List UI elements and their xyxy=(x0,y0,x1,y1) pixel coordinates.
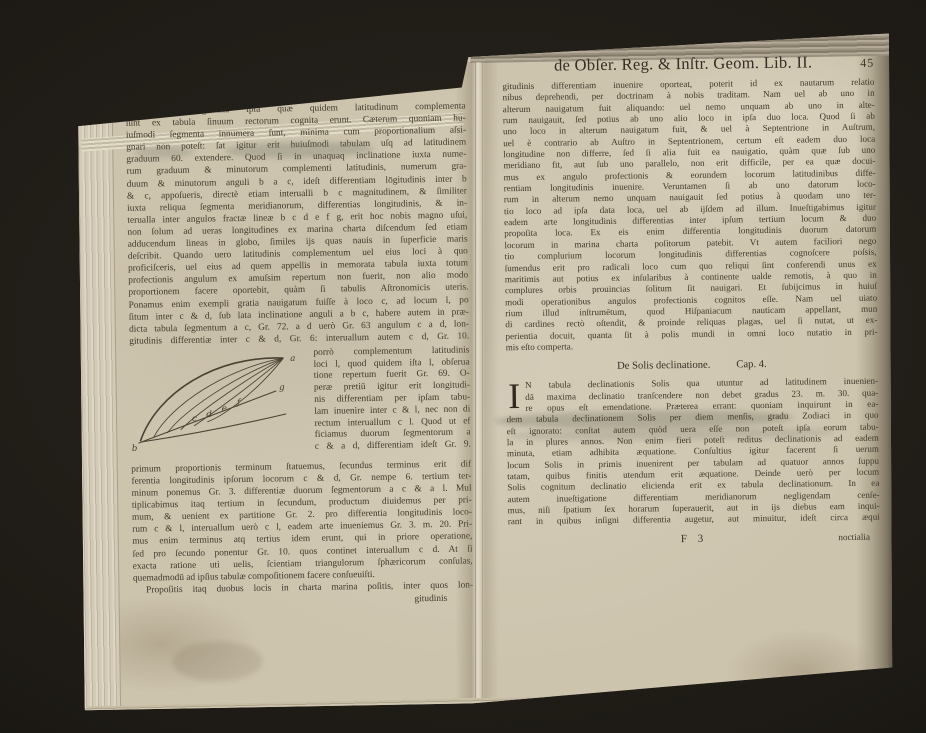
rhumb-lines-figure: a b c d e f g xyxy=(129,348,309,462)
figure-label-f: f xyxy=(236,398,242,408)
right-running-title: de Obſer. Reg. & Inſtr. Geom. Lib. II. xyxy=(512,52,854,76)
book-gutter xyxy=(455,62,499,698)
stain-smudge xyxy=(172,641,263,682)
figure-label-e: e xyxy=(222,404,227,414)
left-body-beside-figure: porrò complementum latitudinisloci l, qu… xyxy=(313,345,471,458)
figure-row: a b c d e f g porrò complementum latitud… xyxy=(129,345,471,461)
rhumb-lines-diagram: a b c d e f g xyxy=(129,348,309,457)
left-folio-number: 44 xyxy=(125,85,139,100)
right-folio-number: 45 xyxy=(860,56,874,71)
open-book: 44 Petri Nonii Salacienſis ſegmentorum, … xyxy=(70,28,893,720)
right-body-block-1: gitudinis differentiam inuenire oporteat… xyxy=(502,77,877,342)
figure-label-b: b xyxy=(132,444,138,454)
signature-mark: F 3 xyxy=(508,530,880,547)
right-body-dropcap-lines: N tabula declinationis Solis qua utuntur… xyxy=(506,376,878,415)
left-page: 44 Petri Nonii Salacienſis ſegmentorum, … xyxy=(103,77,511,703)
left-running-head: 44 Petri Nonii Salacienſis xyxy=(125,77,465,100)
chapter-number: Cap. 4. xyxy=(736,359,766,370)
scanned-book-photo: { "colors": { "background": "#211e19", "… xyxy=(0,0,926,733)
chapter-heading-row: De Solis declinatione. Cap. 4. xyxy=(506,358,878,374)
right-catchword: noctialia xyxy=(838,531,870,541)
figure-label-a: a xyxy=(290,354,295,364)
right-body-block-2: I N tabula declinationis Solis qua utunt… xyxy=(506,376,880,528)
figure-label-g: g xyxy=(279,383,285,393)
right-running-head: de Obſer. Reg. & Inſtr. Geom. Lib. II. 4… xyxy=(502,52,874,77)
figure-label-d: d xyxy=(206,410,212,420)
text-line: c & a d, differentiam ideſt Gr. 9. xyxy=(315,440,471,454)
left-running-title: Petri Nonii Salacienſis xyxy=(139,78,451,101)
right-body-full-lines: dem tabula declinationem Solis per diem … xyxy=(506,410,879,528)
figure-label-c: c xyxy=(192,414,197,424)
right-page: de Obſer. Reg. & Inſtr. Geom. Lib. II. 4… xyxy=(484,52,888,697)
left-body-block-2: primum proportionis terminum ſtatuemus, … xyxy=(131,458,473,572)
right-page-footer: F 3 noctialia xyxy=(508,530,880,549)
chapter-heading: De Solis declinatione. xyxy=(617,360,710,372)
drop-cap-initial: I xyxy=(506,380,525,412)
left-body-block-1: ſegmentorum, ſegmenta ipſa quæ quidem la… xyxy=(126,100,470,347)
